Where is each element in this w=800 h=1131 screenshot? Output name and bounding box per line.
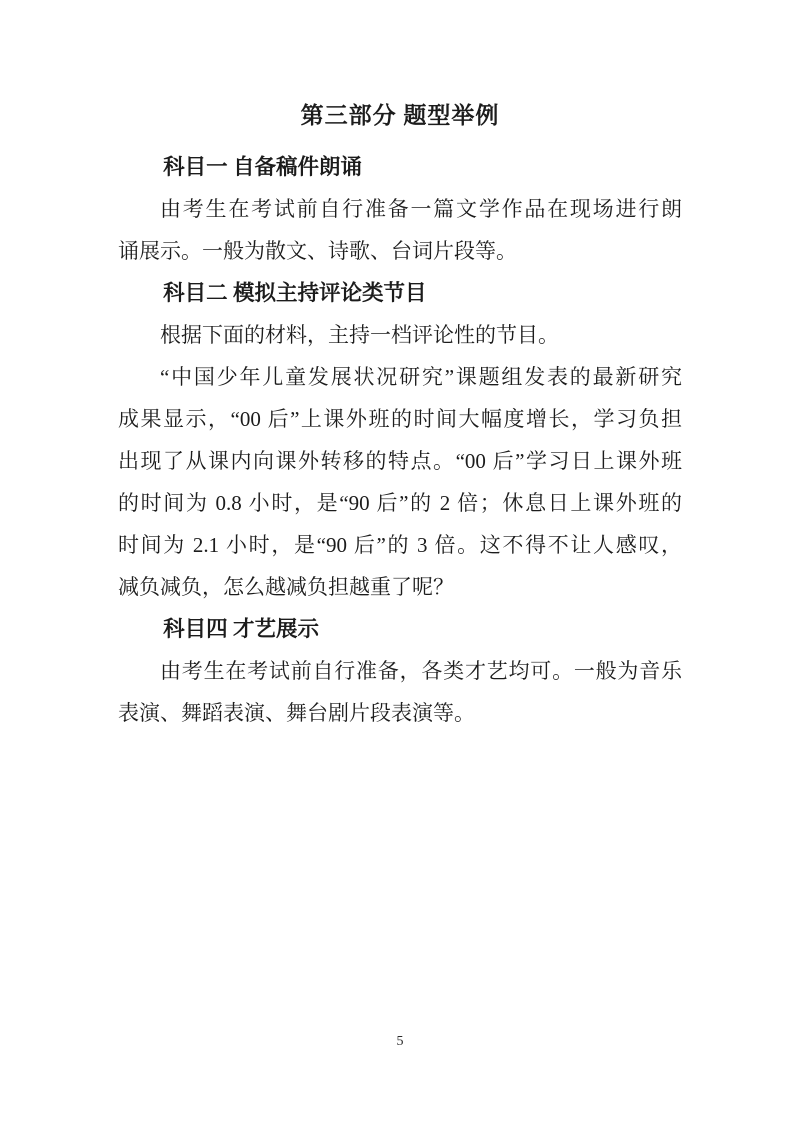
section-heading-subject-4: 科目四 才艺展示 [118, 608, 682, 650]
body-line: 减负减负，怎么越减负担越重了呢？ [118, 566, 682, 608]
section-heading-subject-2: 科目二 模拟主持评论类节目 [118, 272, 682, 314]
document-page: 第三部分 题型举例 科目一 自备稿件朗诵 由考生在考试前自行准备一篇文学作品在现… [0, 0, 800, 1131]
body-line: 表演、舞蹈表演、舞台剧片段表演等。 [118, 692, 682, 734]
body-line: 成果显示，“00 后”上课外班的时间大幅度增长，学习负担 [118, 398, 682, 440]
body-line: 的时间为 0.8 小时，是“90 后”的 2 倍；休息日上课外班的 [118, 482, 682, 524]
body-line: 由考生在考试前自行准备，各类才艺均可。一般为音乐 [118, 650, 682, 692]
document-body: 第三部分 题型举例 科目一 自备稿件朗诵 由考生在考试前自行准备一篇文学作品在现… [118, 95, 682, 734]
body-line: 由考生在考试前自行准备一篇文学作品在现场进行朗 [118, 188, 682, 230]
section-heading-subject-1: 科目一 自备稿件朗诵 [118, 146, 682, 188]
document-title: 第三部分 题型举例 [118, 95, 682, 137]
body-line: 时间为 2.1 小时，是“90 后”的 3 倍。这不得不让人感叹， [118, 524, 682, 566]
body-line: “中国少年儿童发展状况研究”课题组发表的最新研究 [118, 356, 682, 398]
body-line: 诵展示。一般为散文、诗歌、台词片段等。 [118, 230, 682, 272]
page-number: 5 [0, 1032, 800, 1052]
body-line: 出现了从课内向课外转移的特点。“00 后”学习日上课外班 [118, 440, 682, 482]
body-line: 根据下面的材料，主持一档评论性的节目。 [118, 314, 682, 356]
